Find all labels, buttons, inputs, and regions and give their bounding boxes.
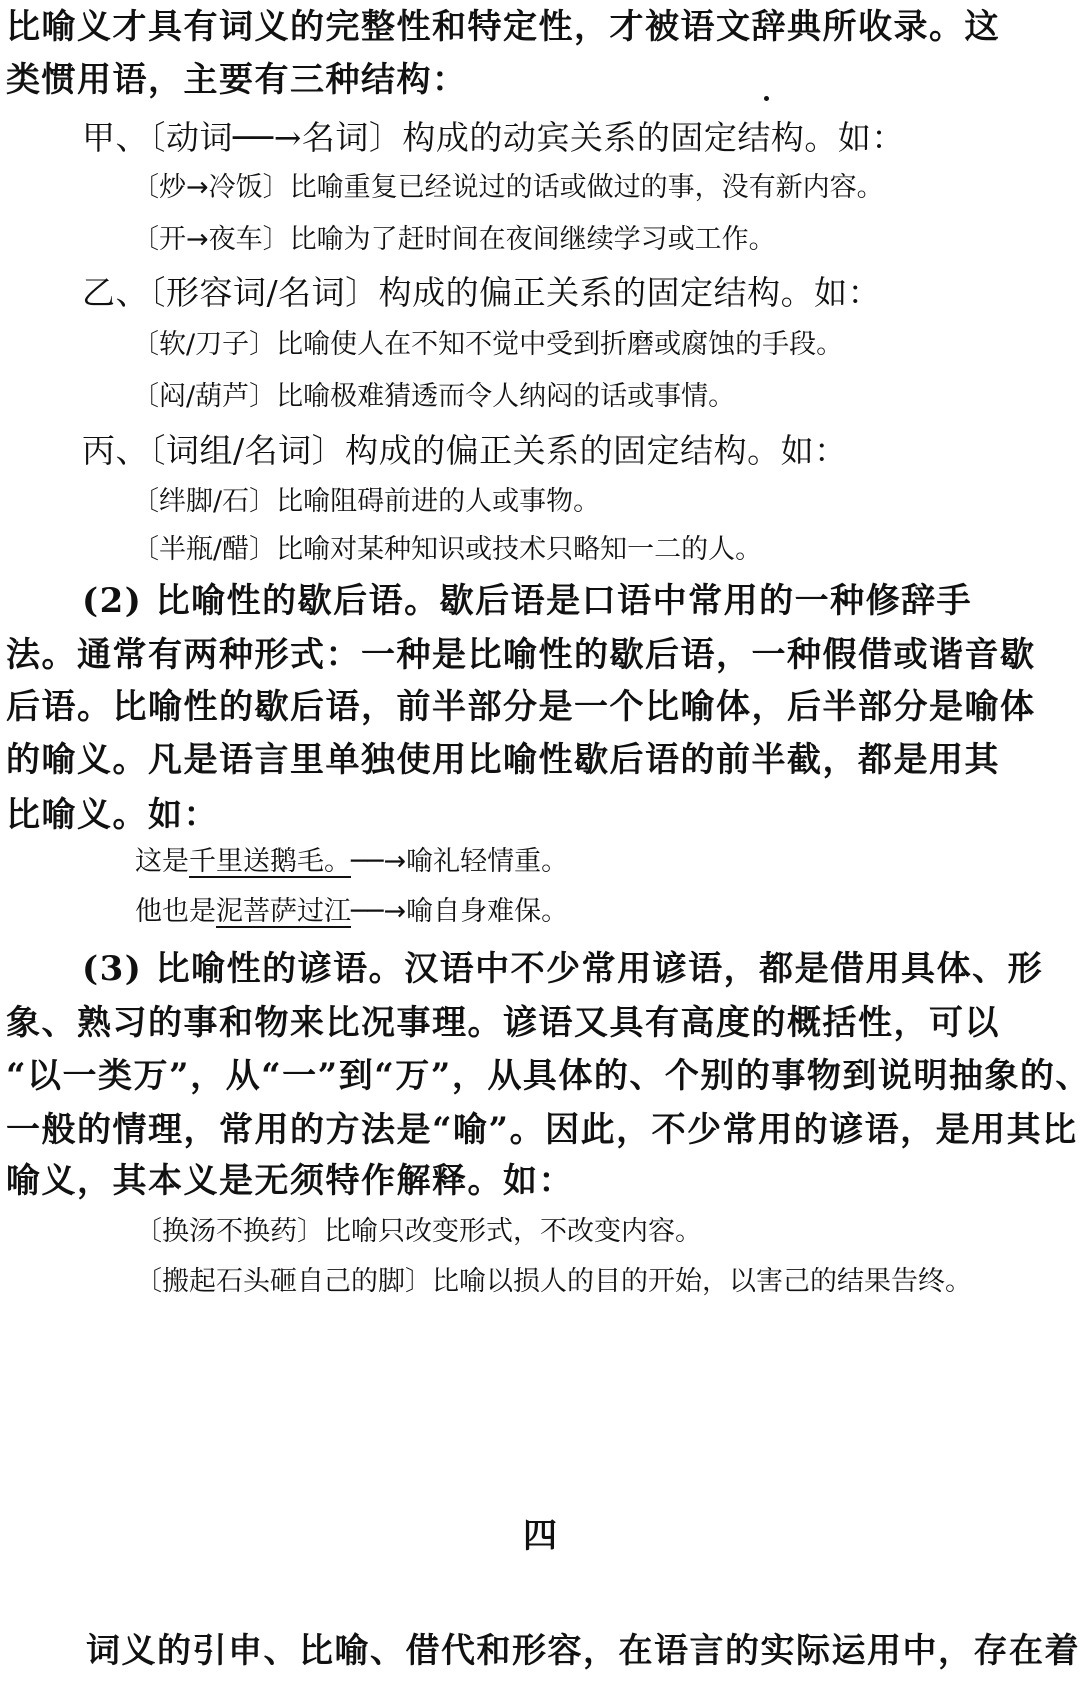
example-item: 〔半瓶/醋〕比喻对某种知识或技术只略知一二的人。 (132, 536, 762, 563)
section-heading: 四 (0, 1508, 1080, 1557)
example-prefix: 这是 (135, 846, 189, 877)
proverb-example: 〔搬起石头砸自己的脚〕比喻以损人的目的开始，以害己的结果告终。 (135, 1268, 972, 1295)
example-item: 〔绊脚/石〕比喻阻碍前进的人或事物。 (132, 488, 600, 515)
proverb-example: 〔换汤不换药〕比喻只改变形式，不改变内容。 (135, 1218, 702, 1245)
section3-line: (3) 比喻性的谚语。汉语中不少常用谚语，都是借用具体、形 (82, 952, 1043, 986)
section3-line: 一般的情理，常用的方法是“喻”。因此，不少常用的谚语，是用其比 (6, 1113, 1078, 1147)
example-item: 〔软/刀子〕比喻使人在不知不觉中受到折磨或腐蚀的手段。 (132, 331, 843, 358)
example-meaning: ──→喻礼轻情重。 (351, 846, 568, 877)
section2-line: 后语。比喻性的歇后语，前半部分是一个比喻体，后半部分是喻体 (6, 690, 1036, 724)
section2-line: (2) 比喻性的歇后语。歇后语是口语中常用的一种修辞手 (82, 584, 972, 618)
section3-line: “以一类万”，从“一”到“万”，从具体的、个别的事物到说明抽象的、 (6, 1059, 1080, 1093)
structure-title-yi: 乙、〔形容词/名词〕构成的偏正关系的固定结构。如： (82, 276, 881, 309)
paragraph-line: 比喻义才具有词义的完整性和特定性，才被语文辞典所收录。这 (6, 10, 1000, 44)
paragraph-line: 类惯用语，主要有三种结构： (6, 63, 468, 97)
structure-title-jia: 甲、〔动词──→名词〕构成的动宾关系的固定结构。如： (82, 121, 905, 154)
underlined-phrase: 千里送鹅毛。 (189, 846, 351, 877)
structure-title-bing: 丙、〔词组/名词〕构成的偏正关系的固定结构。如： (82, 434, 848, 467)
section2-line: 的喻义。凡是语言里单独使用比喻性歇后语的前半截，都是用其 (6, 743, 1000, 777)
section3-line: 喻义，其本义是无须特作解释。如： (6, 1164, 574, 1198)
xiehouyu-example: 他也是泥菩萨过江──→喻自身难保。 (135, 898, 568, 925)
section3-line: 象、熟习的事和物来比况事理。谚语又具有高度的概括性，可以 (6, 1006, 1000, 1040)
xiehouyu-example: 这是千里送鹅毛。──→喻礼轻情重。 (135, 848, 568, 875)
paragraph-line: 词义的引申、比喻、借代和形容，在语言的实际运用中，存在着 (86, 1634, 1080, 1668)
section2-line: 比喻义。如： (6, 798, 219, 832)
example-item: 〔开→夜车〕比喻为了赶时间在夜间继续学习或工作。 (132, 226, 776, 253)
section2-line: 法。通常有两种形式：一种是比喻性的歇后语，一种假借或谐音歇 (6, 638, 1036, 672)
scan-artifact-dot (764, 96, 769, 101)
example-meaning: ──→喻自身难保。 (351, 896, 568, 927)
example-item: 〔闷/葫芦〕比喻极难猜透而令人纳闷的话或事情。 (132, 383, 735, 410)
example-item: 〔炒→冷饭〕比喻重复已经说过的话或做过的事，没有新内容。 (132, 174, 884, 201)
example-prefix: 他也是 (135, 896, 216, 927)
underlined-phrase: 泥菩萨过江 (216, 896, 351, 927)
